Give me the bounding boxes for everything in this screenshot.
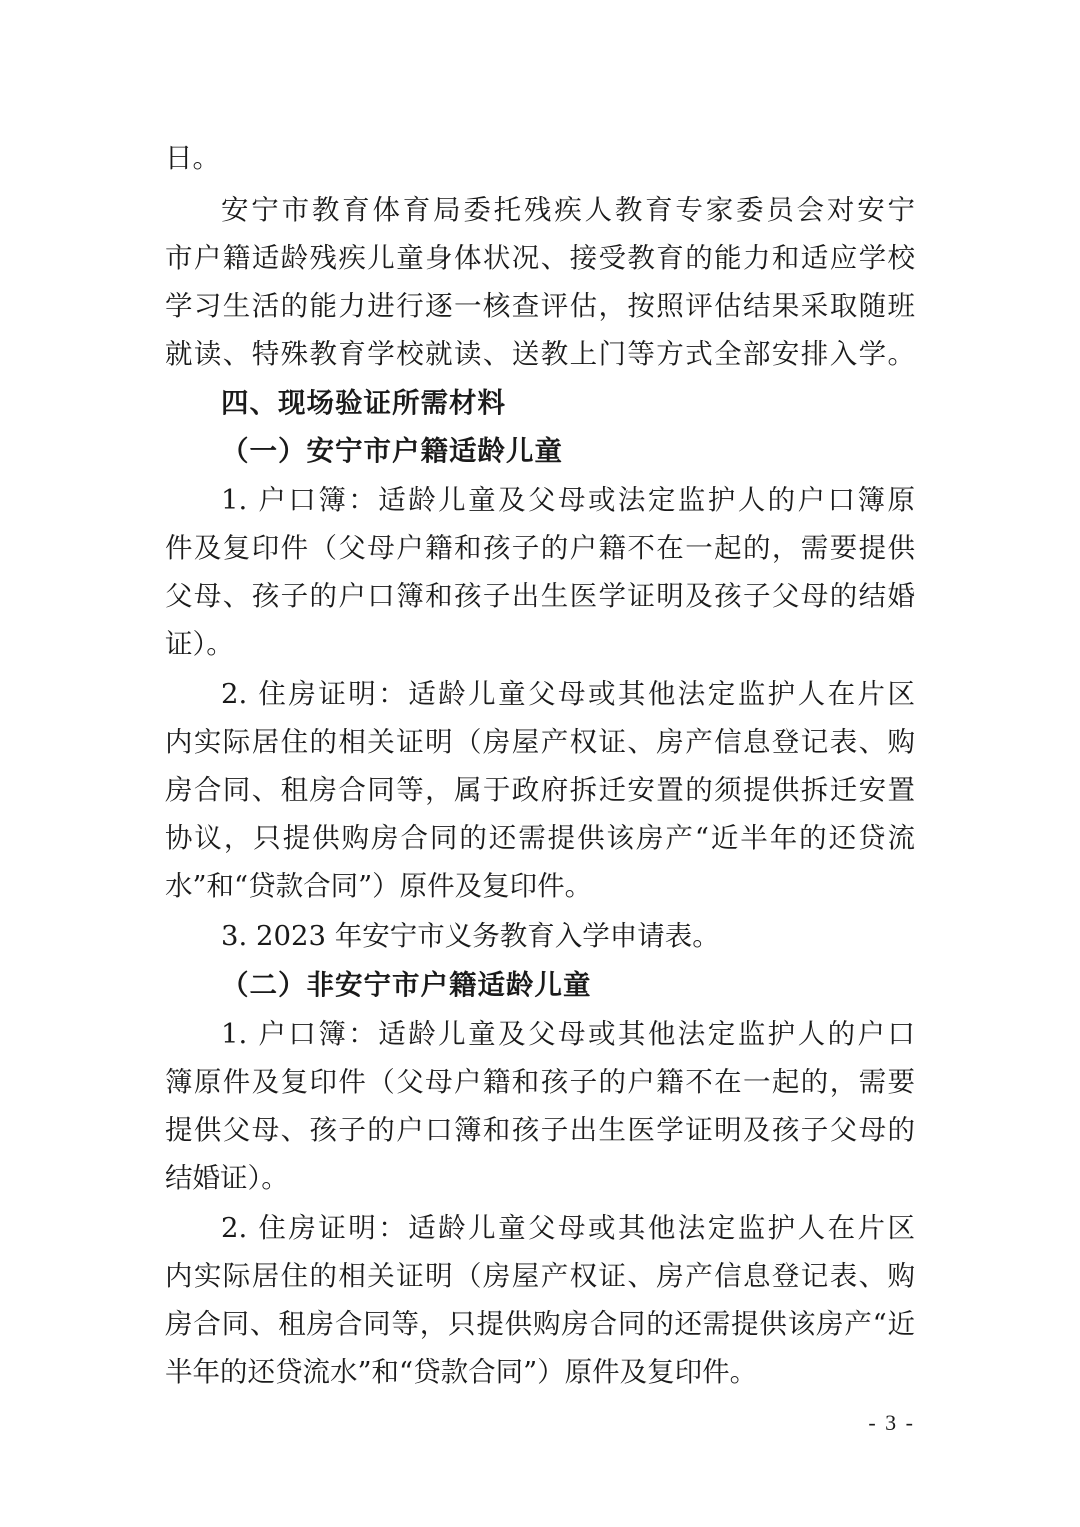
- body-line: 协议，只提供购房合同的还需提供该房产“近半年的还贷流: [165, 818, 915, 858]
- body-line: 房合同、租房合同等，只提供购房合同的还需提供该房产“近: [165, 1304, 915, 1344]
- body-line: 日。: [165, 138, 915, 178]
- list-item-first-line: 3. 2023 年安宁市义务教育入学申请表。: [221, 916, 915, 956]
- document-page: 日。 安宁市教育体育局委托残疾人教育专家委员会对安宁 市户籍适龄残疾儿童身体状况…: [0, 0, 1080, 1527]
- body-line: 结婚证）。: [165, 1158, 915, 1198]
- body-line: 簿原件及复印件（父母户籍和孩子的户籍不在一起的，需要: [165, 1062, 915, 1102]
- body-line: 学习生活的能力进行逐一核查评估，按照评估结果采取随班: [165, 286, 915, 326]
- body-line: 就读、特殊教育学校就读、送教上门等方式全部安排入学。: [165, 334, 915, 374]
- list-item-first-line: 2. 住房证明：适龄儿童父母或其他法定监护人在片区: [221, 674, 915, 714]
- page-number: - 3 -: [868, 1408, 915, 1438]
- body-line: 市户籍适龄残疾儿童身体状况、接受教育的能力和适应学校: [165, 238, 915, 278]
- body-line: 提供父母、孩子的户口簿和孩子出生医学证明及孩子父母的: [165, 1110, 915, 1150]
- body-line: 父母、孩子的户口簿和孩子出生医学证明及孩子父母的结婚: [165, 576, 915, 616]
- body-line: 内实际居住的相关证明（房屋产权证、房产信息登记表、购: [165, 722, 915, 762]
- subsection-heading: （一）安宁市户籍适龄儿童: [221, 431, 915, 471]
- section-heading: 四、现场验证所需材料: [221, 383, 915, 423]
- list-item-first-line: 1. 户口簿：适龄儿童及父母或其他法定监护人的户口: [221, 1014, 915, 1054]
- body-line: 半年的还贷流水”和“贷款合同”）原件及复印件。: [165, 1352, 915, 1392]
- body-line: 内实际居住的相关证明（房屋产权证、房产信息登记表、购: [165, 1256, 915, 1296]
- list-item-first-line: 1. 户口簿：适龄儿童及父母或法定监护人的户口簿原: [221, 480, 915, 520]
- body-line: 件及复印件（父母户籍和孩子的户籍不在一起的，需要提供: [165, 528, 915, 568]
- paragraph-first-line: 安宁市教育体育局委托残疾人教育专家委员会对安宁: [221, 190, 915, 230]
- subsection-heading: （二）非安宁市户籍适龄儿童: [221, 965, 915, 1005]
- body-line: 房合同、租房合同等，属于政府拆迁安置的须提供拆迁安置: [165, 770, 915, 810]
- body-line: 证）。: [165, 624, 915, 664]
- body-line: 水”和“贷款合同”）原件及复印件。: [165, 866, 915, 906]
- list-item-first-line: 2. 住房证明：适龄儿童父母或其他法定监护人在片区: [221, 1208, 915, 1248]
